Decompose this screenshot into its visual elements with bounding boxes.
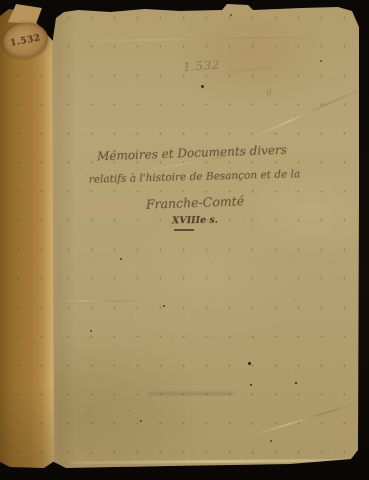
crease-mid-left [55, 300, 145, 302]
pencil-dash [228, 68, 273, 71]
book-spine [0, 0, 56, 472]
speck [270, 440, 272, 442]
front-cover: 1.532 g Mémoires et Documents divers rel… [50, 0, 360, 472]
speck [250, 384, 252, 386]
date-line: XVIIIe s. [150, 214, 240, 227]
manuscript-cover-photo: 1.532 1.532 g Mémoires et Documents dive… [0, 0, 369, 480]
speck-green [230, 14, 232, 16]
page-edges-highlight [70, 459, 355, 464]
title-line-2: relatifs à l'histoire de Besançon et de … [82, 168, 307, 186]
pencil-shelfmark: 1.532 [183, 58, 221, 75]
pencil-mark: g [265, 87, 272, 98]
date-underline [174, 229, 194, 231]
speck [295, 382, 297, 384]
title-line-3: Franche-Comté [130, 193, 260, 213]
stamped-shelfmark-number: 1.532 [9, 33, 41, 49]
speck [163, 305, 165, 307]
bottom-smudge [148, 392, 233, 395]
speck [140, 420, 142, 422]
speck [90, 330, 92, 332]
crease-top [60, 36, 340, 43]
speck [120, 258, 122, 260]
title-line-1: Mémoires et Documents divers [92, 143, 292, 164]
speck-red [201, 85, 204, 88]
speck [320, 60, 322, 62]
speck [248, 362, 251, 365]
crease-bottom-right [250, 401, 361, 437]
